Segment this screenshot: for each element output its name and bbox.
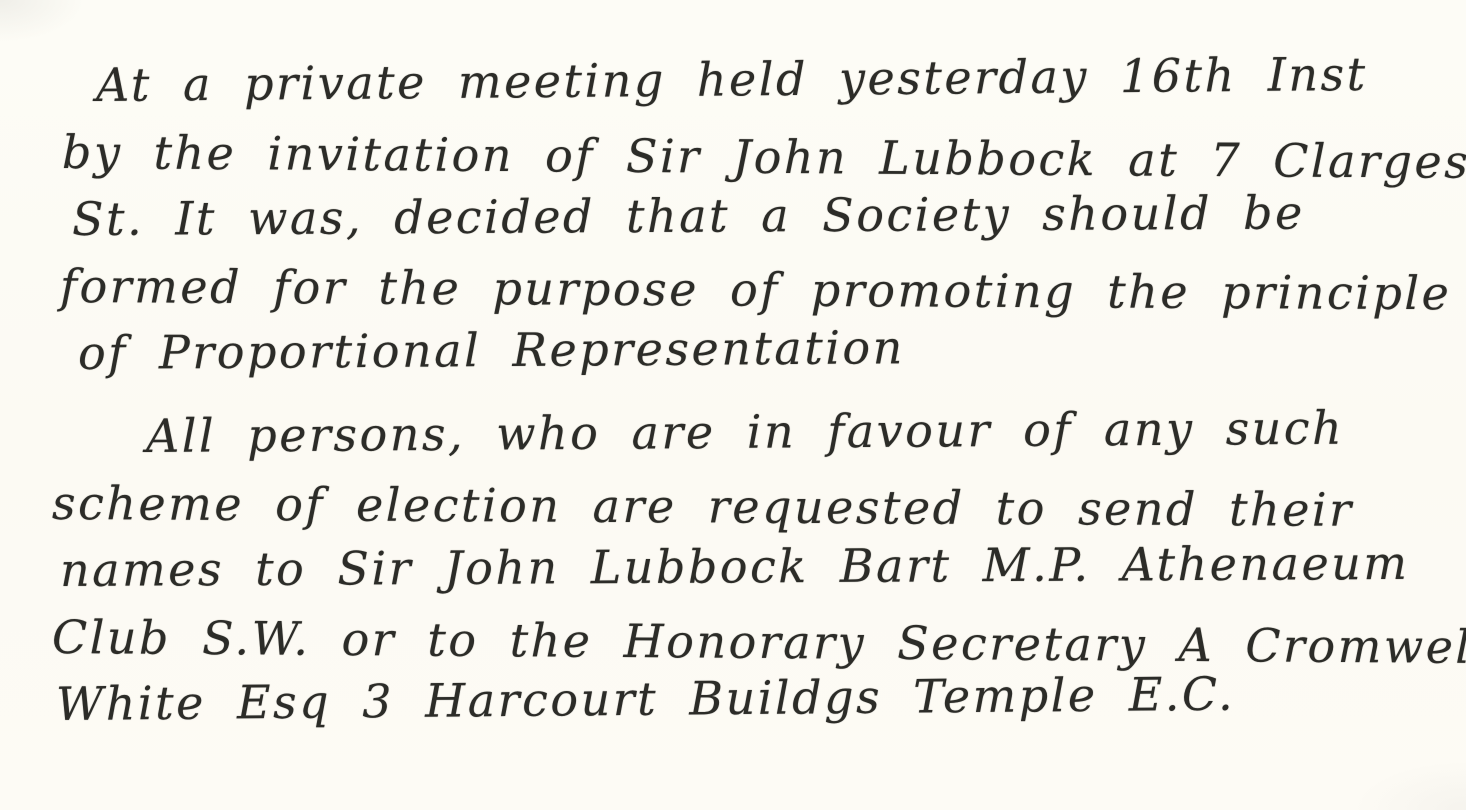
handwritten-line: of Proportional Representation: [78, 310, 1466, 387]
handwritten-line: All persons, who are in favour of any su…: [146, 394, 1466, 470]
handwritten-text: At a private meeting held yesterday 16th…: [0, 52, 1466, 738]
handwritten-line: At a private meeting held yesterday 16th…: [96, 40, 1466, 119]
document-page: At a private meeting held yesterday 16th…: [0, 0, 1466, 810]
paragraph-instructions: All persons, who are in favour of any su…: [0, 403, 1466, 738]
handwritten-line: names to Sir John Lubbock Bart M.P. Athe…: [60, 530, 1466, 604]
paragraph-opening: At a private meeting held yesterday 16th…: [0, 52, 1466, 387]
handwritten-line: White Esq 3 Harcourt Buildgs Temple E.C.: [56, 659, 1466, 738]
handwritten-line: St. It was, decided that a Society shoul…: [72, 179, 1466, 253]
